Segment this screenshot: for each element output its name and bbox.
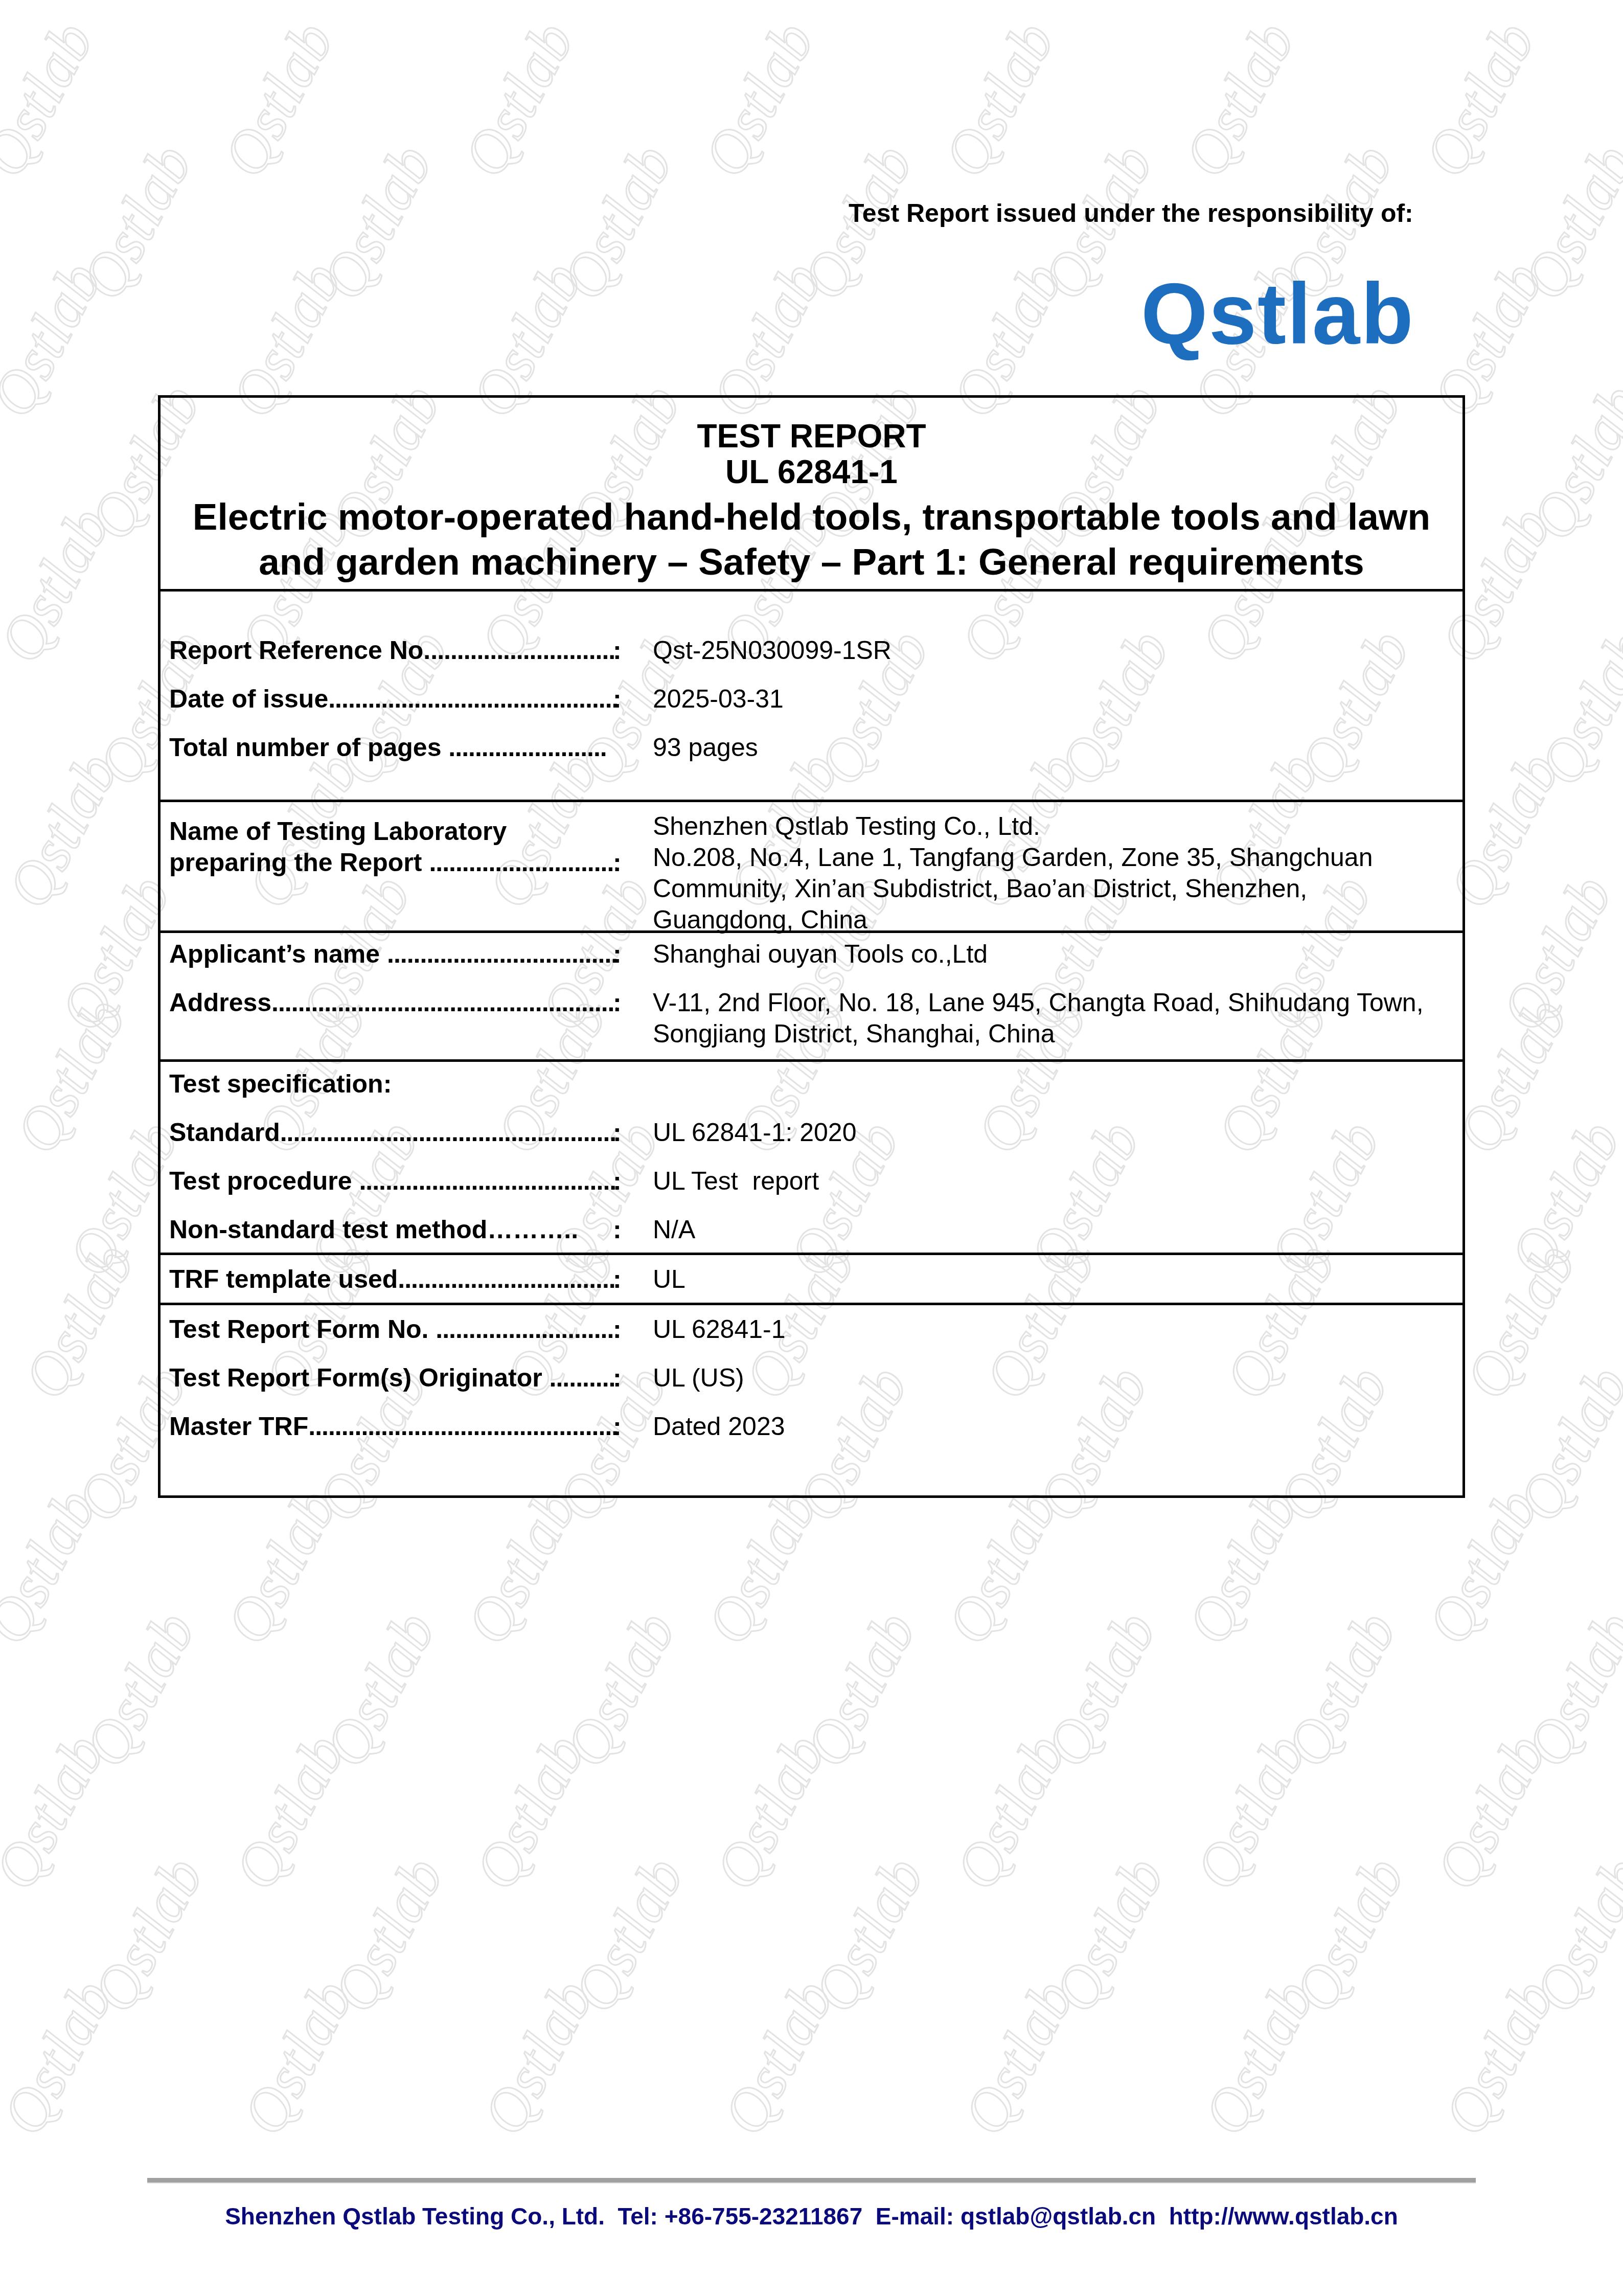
watermark-text: Qstlab	[689, 11, 828, 188]
non-standard-method-label: Non-standard test method………..	[169, 1214, 617, 1245]
watermark-text: Qstlab	[551, 1601, 690, 1778]
master-trf-value: Dated 2023	[653, 1411, 1450, 1442]
watermark-text: Qstlab	[0, 1723, 119, 1901]
watermark-text: Qstlab	[791, 1601, 930, 1778]
standard-number-title: UL 62841-1	[161, 453, 1462, 491]
applicant-name-value: Shanghai ouyan Tools co.,Ltd	[653, 939, 1450, 970]
watermark-text: Qstlab	[228, 1969, 367, 2146]
watermark-text: Qstlab	[1525, 619, 1623, 797]
watermark-text: Qstlab	[70, 1601, 209, 1778]
watermark-text: Qstlab	[1181, 1723, 1320, 1901]
watermark-text: Qstlab	[949, 1969, 1088, 2146]
watermark-text: Qstlab	[559, 1846, 698, 2024]
standard-value: UL 62841-1: 2020	[653, 1117, 1450, 1148]
watermark-text: Qstlab	[67, 133, 206, 311]
watermark-text: Qstlab	[1520, 1846, 1623, 2024]
watermark-text: Qstlab	[0, 1478, 110, 1655]
laboratory-address-value: No.208, No.4, Lane 1, Tangfang Garden, Z…	[653, 842, 1450, 936]
watermark-text: Qstlab	[1503, 1355, 1623, 1533]
colon: :	[613, 1411, 622, 1442]
watermark-text: Qstlab	[1451, 1233, 1590, 1410]
watermark-text: Qstlab	[1429, 1969, 1568, 2146]
colon: :	[613, 1264, 622, 1295]
watermark-text: Qstlab	[1495, 1110, 1623, 1287]
watermark-text: Qstlab	[941, 1723, 1080, 1901]
watermark-text: Qstlab	[1170, 11, 1309, 188]
watermark-text: Qstlab	[310, 1601, 449, 1778]
colon: :	[613, 684, 622, 715]
footer-divider	[147, 2178, 1476, 2184]
colon: :	[613, 1117, 622, 1148]
divider	[161, 589, 1462, 592]
issued-under-responsibility-text: Test Report issued under the responsibil…	[849, 198, 1413, 228]
trf-template-label: TRF template used.......................…	[169, 1264, 617, 1295]
watermark-text: Qstlab	[708, 1969, 848, 2146]
watermark-text: Qstlab	[1039, 1846, 1178, 2024]
report-type-title: TEST REPORT	[161, 417, 1462, 455]
watermark-text: Qstlab	[929, 11, 1068, 188]
divider	[161, 800, 1462, 802]
watermark-text: Qstlab	[318, 1846, 458, 2024]
date-of-issue-label: Date of issue...........................…	[169, 684, 617, 715]
form-number-value: UL 62841-1	[653, 1314, 1450, 1345]
watermark-text: Qstlab	[1189, 1969, 1328, 2146]
trf-template-value: UL	[653, 1264, 1450, 1295]
laboratory-label-line2: preparing the Report ...................…	[169, 847, 617, 878]
laboratory-name-value: Shenzhen Qstlab Testing Co., Ltd.	[653, 811, 1450, 842]
watermark-text: Qstlab	[0, 251, 116, 428]
divider	[161, 930, 1462, 933]
colon: :	[613, 939, 622, 970]
watermark-text: Qstlab	[0, 1969, 127, 2146]
watermark-text: Qstlab	[1421, 1723, 1560, 1901]
watermark-text: Qstlab	[0, 496, 124, 674]
non-standard-method-value: N/A	[653, 1214, 1450, 1245]
watermark-text: Qstlab	[1031, 1601, 1170, 1778]
watermark-text: Qstlab	[547, 133, 687, 311]
total-pages-label: Total number of pages ..................…	[169, 732, 608, 763]
standard-label: Standard................................…	[169, 1117, 617, 1148]
watermark-text: Qstlab	[220, 1723, 359, 1901]
footer-contact-info: Shenzhen Qstlab Testing Co., Ltd. Tel: +…	[0, 2202, 1623, 2230]
watermark-text: Qstlab	[692, 1478, 831, 1655]
watermark-text: Qstlab	[1173, 1478, 1312, 1655]
colon: :	[613, 1314, 622, 1345]
watermark-text: Qstlab	[78, 1846, 217, 2024]
watermark-text: Qstlab	[700, 1723, 839, 1901]
form-originator-label: Test Report Form(s) Originator .........…	[169, 1362, 617, 1394]
colon: :	[613, 1166, 622, 1197]
watermark-text: Qstlab	[1517, 374, 1623, 551]
colon: :	[613, 987, 622, 1018]
divider	[161, 1303, 1462, 1305]
total-pages-value: 93 pages	[653, 732, 1450, 763]
test-specification-heading: Test specification:	[169, 1069, 617, 1100]
watermark-text: Qstlab	[1413, 1478, 1552, 1655]
test-report-cover-table: TEST REPORT UL 62841-1 Electric motor-op…	[158, 395, 1465, 1498]
watermark-text: Qstlab	[1508, 133, 1623, 311]
colon: :	[613, 1362, 622, 1394]
watermark-text: Qstlab	[0, 11, 107, 188]
watermark-text: Qstlab	[209, 11, 348, 188]
watermark-text: Qstlab	[307, 133, 446, 311]
laboratory-label-line1: Name of Testing Laboratory	[169, 816, 617, 847]
form-number-label: Test Report Form No. ...................…	[169, 1314, 617, 1345]
applicant-address-label: Address.................................…	[169, 987, 617, 1018]
date-of-issue-value: 2025-03-31	[653, 684, 1450, 715]
watermark-text: Qstlab	[449, 11, 588, 188]
master-trf-label: Master TRF..............................…	[169, 1411, 617, 1442]
colon: :	[613, 1214, 622, 1245]
watermark-text: Qstlab	[1487, 865, 1623, 1042]
watermark-text: Qstlab	[799, 1846, 938, 2024]
watermark-text: Qstlab	[468, 1969, 607, 2146]
watermark-text: Qstlab	[452, 1478, 591, 1655]
colon: :	[613, 635, 622, 666]
applicant-name-label: Applicant’s name .......................…	[169, 939, 617, 970]
test-procedure-value: UL Test report	[653, 1166, 1450, 1197]
qstlab-logo: Qstlab	[1141, 271, 1414, 357]
report-reference-label: Report Reference No.....................…	[169, 635, 617, 666]
divider	[161, 1253, 1462, 1255]
applicant-address-value: V-11, 2nd Floor, No. 18, Lane 945, Chang…	[653, 987, 1450, 1050]
watermark-text: Qstlab	[1271, 1601, 1410, 1778]
watermark-text: Qstlab	[1410, 11, 1549, 188]
divider	[161, 1059, 1462, 1062]
watermark-text: Qstlab	[932, 1478, 1071, 1655]
watermark-text: Qstlab	[9, 1233, 148, 1410]
watermark-text: Qstlab	[460, 1723, 599, 1901]
watermark-text: Qstlab	[1512, 1601, 1623, 1778]
colon: :	[613, 847, 622, 878]
watermark-text: Qstlab	[0, 742, 132, 919]
watermark-text: Qstlab	[1, 987, 140, 1165]
watermark-text: Qstlab	[212, 1478, 351, 1655]
test-procedure-label: Test procedure .........................…	[169, 1166, 617, 1197]
form-originator-value: UL (US)	[653, 1362, 1450, 1394]
standard-full-title: Electric motor-operated hand-held tools,…	[171, 495, 1452, 585]
watermark-text: Qstlab	[1279, 1846, 1419, 2024]
report-reference-value: Qst-25N030099-1SR	[653, 635, 1450, 666]
